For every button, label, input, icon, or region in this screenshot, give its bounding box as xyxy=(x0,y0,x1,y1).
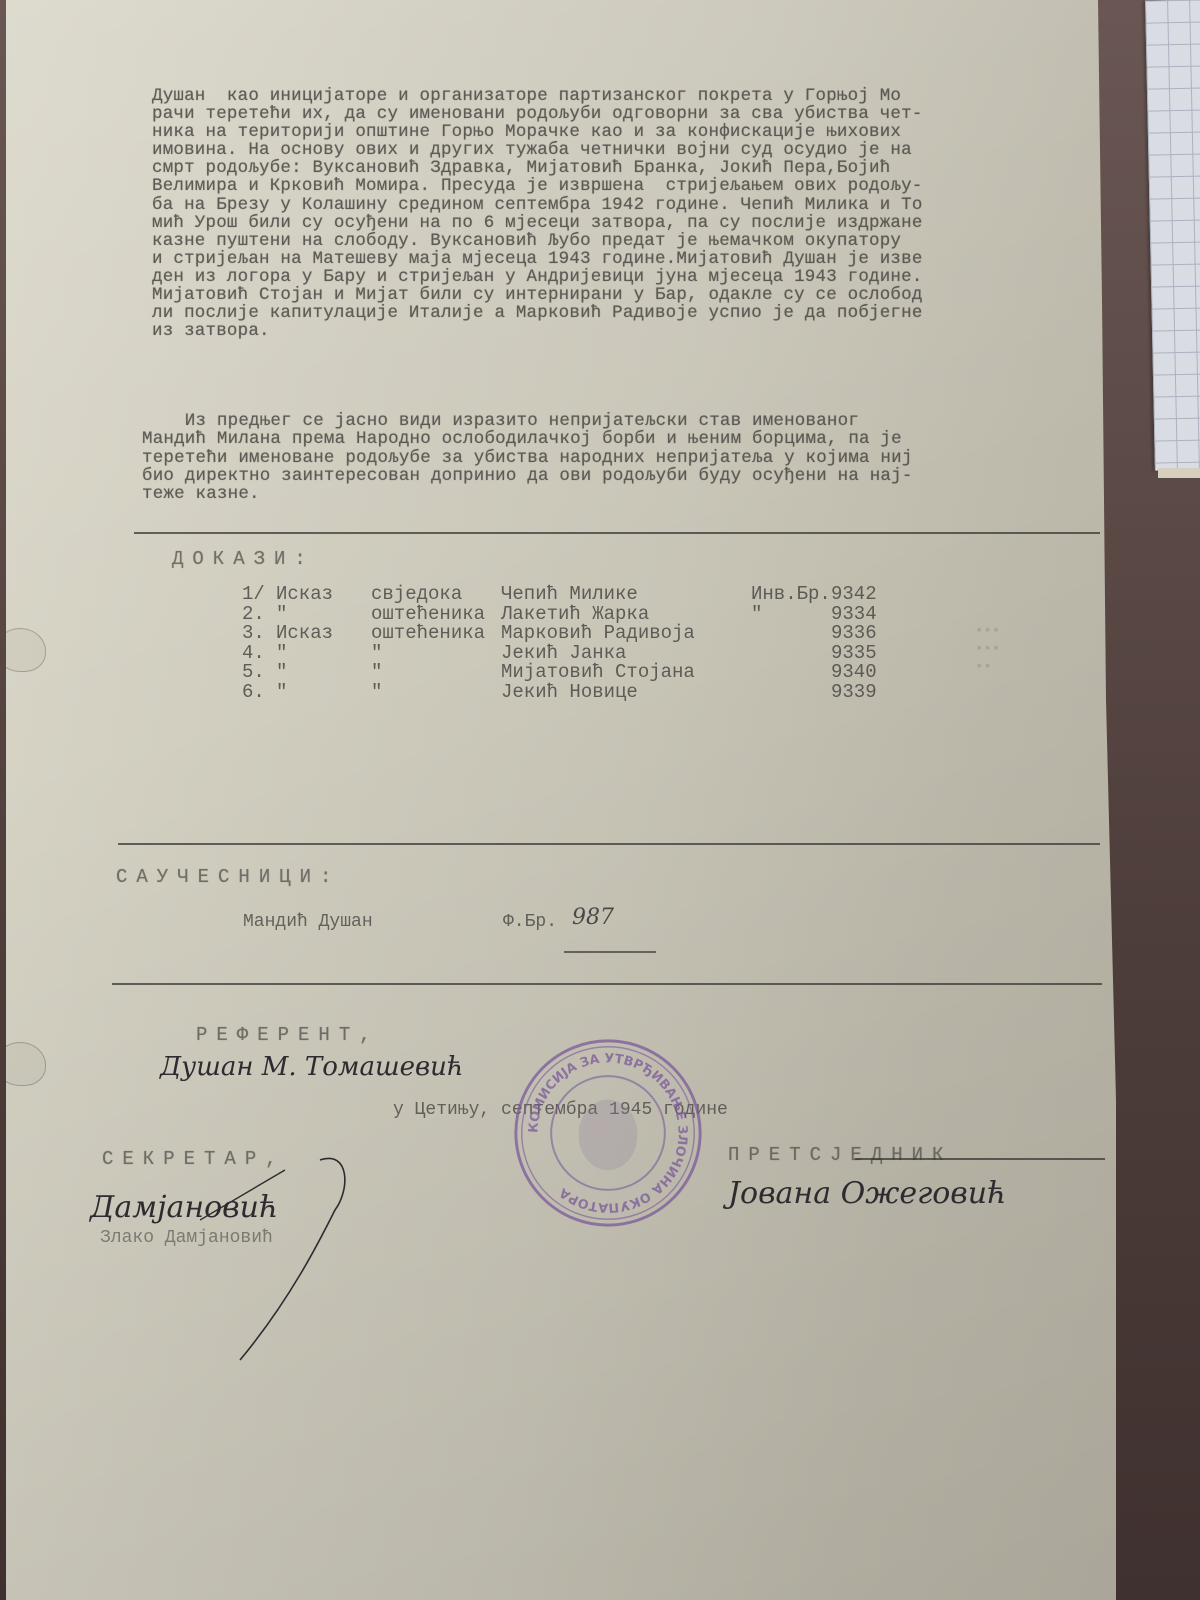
text-line: смрт родољубе: Вуксановић Здравка, Мијат… xyxy=(152,159,923,177)
evidence-heading: ДОКАЗИ: xyxy=(172,548,315,570)
text-line: био директно заинтересован допринио да о… xyxy=(142,467,913,485)
body-paragraph: Душан као иницијаторе и организаторе пар… xyxy=(152,87,923,340)
text-line: казне пуштени на слободу. Вуксановић Љуб… xyxy=(152,232,923,250)
text-line: теже казне. xyxy=(142,485,913,503)
president-strike-line xyxy=(855,1158,1105,1160)
text-line: ли послије капитулације Италије а Марков… xyxy=(152,304,923,322)
divider-rule xyxy=(134,532,1100,534)
official-stamp: КОМИСИЈА ЗА УТВРЂИВАЊЕ ЗЛОЧИНА ОКУПАТОРА xyxy=(510,1035,706,1231)
president-title: ПРЕТСЈЕДНИК xyxy=(728,1144,952,1166)
text-line: теретећи именоване родољубе за убиства н… xyxy=(142,449,913,467)
referent-title: РЕФЕРЕНТ, xyxy=(196,1024,380,1046)
evidence-b: " xyxy=(371,681,501,703)
file-number-value: 987 xyxy=(572,905,614,930)
text-line: мић Урош били су осуђени на по 6 мјесеци… xyxy=(152,214,923,232)
text-line: рачи теретећи их, да су именовани родољу… xyxy=(152,105,923,123)
evidence-row: 5.""Мијатовић Стојана9340 xyxy=(242,661,891,681)
evidence-row: 1/ИсказсвједокаЧепић МиликеИнв.Бр.9342 xyxy=(242,583,891,603)
text-line: Мандић Милана према Народно ослободилачк… xyxy=(142,430,913,448)
text-line: имовина. На основу ових и других тужаба … xyxy=(152,141,923,159)
accomplices-heading: САУЧЕСНИЦИ: xyxy=(116,866,340,888)
conclusion-paragraph: Из предњег се јасно види изразито неприј… xyxy=(142,412,913,503)
text-line: Душан као иницијаторе и организаторе пар… xyxy=(152,87,923,105)
evidence-c: Јекић Новице xyxy=(501,681,751,703)
grid-paper-sheet xyxy=(1145,0,1200,471)
evidence-e: 9339 xyxy=(831,681,891,703)
evidence-list: 1/ИсказсвједокаЧепић МиликеИнв.Бр.93422.… xyxy=(242,583,891,700)
file-number-label: Ф.Бр. xyxy=(503,912,557,932)
referent-signature: Душан М. Томашевић xyxy=(160,1052,464,1082)
president-signature: Јована Ожеговић xyxy=(728,1176,1006,1211)
file-number-underline xyxy=(564,951,656,953)
divider-rule xyxy=(118,843,1100,845)
evidence-row: 3.ИсказоштећеникаМарковић Радивоја9336 xyxy=(242,622,891,642)
text-line: Из предњег се јасно види изразито неприј… xyxy=(142,412,913,430)
evidence-row: 2."оштећеникаЛакетић Жарка"9334 xyxy=(242,603,891,623)
text-line: ден из логора у Бару и стријељан у Андри… xyxy=(152,268,923,286)
accomplice-name: Мандић Душан xyxy=(243,912,373,932)
punch-hole xyxy=(0,1042,46,1086)
bleed-through-marks: ▪▪▪▪▪▪▪▪ xyxy=(975,622,1000,676)
punch-hole xyxy=(0,628,46,672)
text-line: и стријељан на Матешеву маја мјесеца 194… xyxy=(152,250,923,268)
signature-flourish xyxy=(200,1150,380,1370)
grid-paper-edge xyxy=(1158,468,1200,478)
divider-rule xyxy=(112,983,1102,985)
text-line: ника на територији општине Горњо Морачке… xyxy=(152,123,923,141)
text-line: Велимира и Крковић Момира. Пресуда је из… xyxy=(152,177,923,195)
evidence-row: 6.""Јекић Новице9339 xyxy=(242,681,891,701)
evidence-a: " xyxy=(276,681,371,703)
text-line: Мијатовић Стојан и Мијат били су интерни… xyxy=(152,286,923,304)
text-line: ба на Брезу у Колашину средином септембр… xyxy=(152,196,923,214)
evidence-row: 4.""Јекић Јанка9335 xyxy=(242,642,891,662)
text-line: из затвора. xyxy=(152,322,923,340)
evidence-d: " xyxy=(751,603,831,625)
evidence-num: 6. xyxy=(242,681,276,703)
